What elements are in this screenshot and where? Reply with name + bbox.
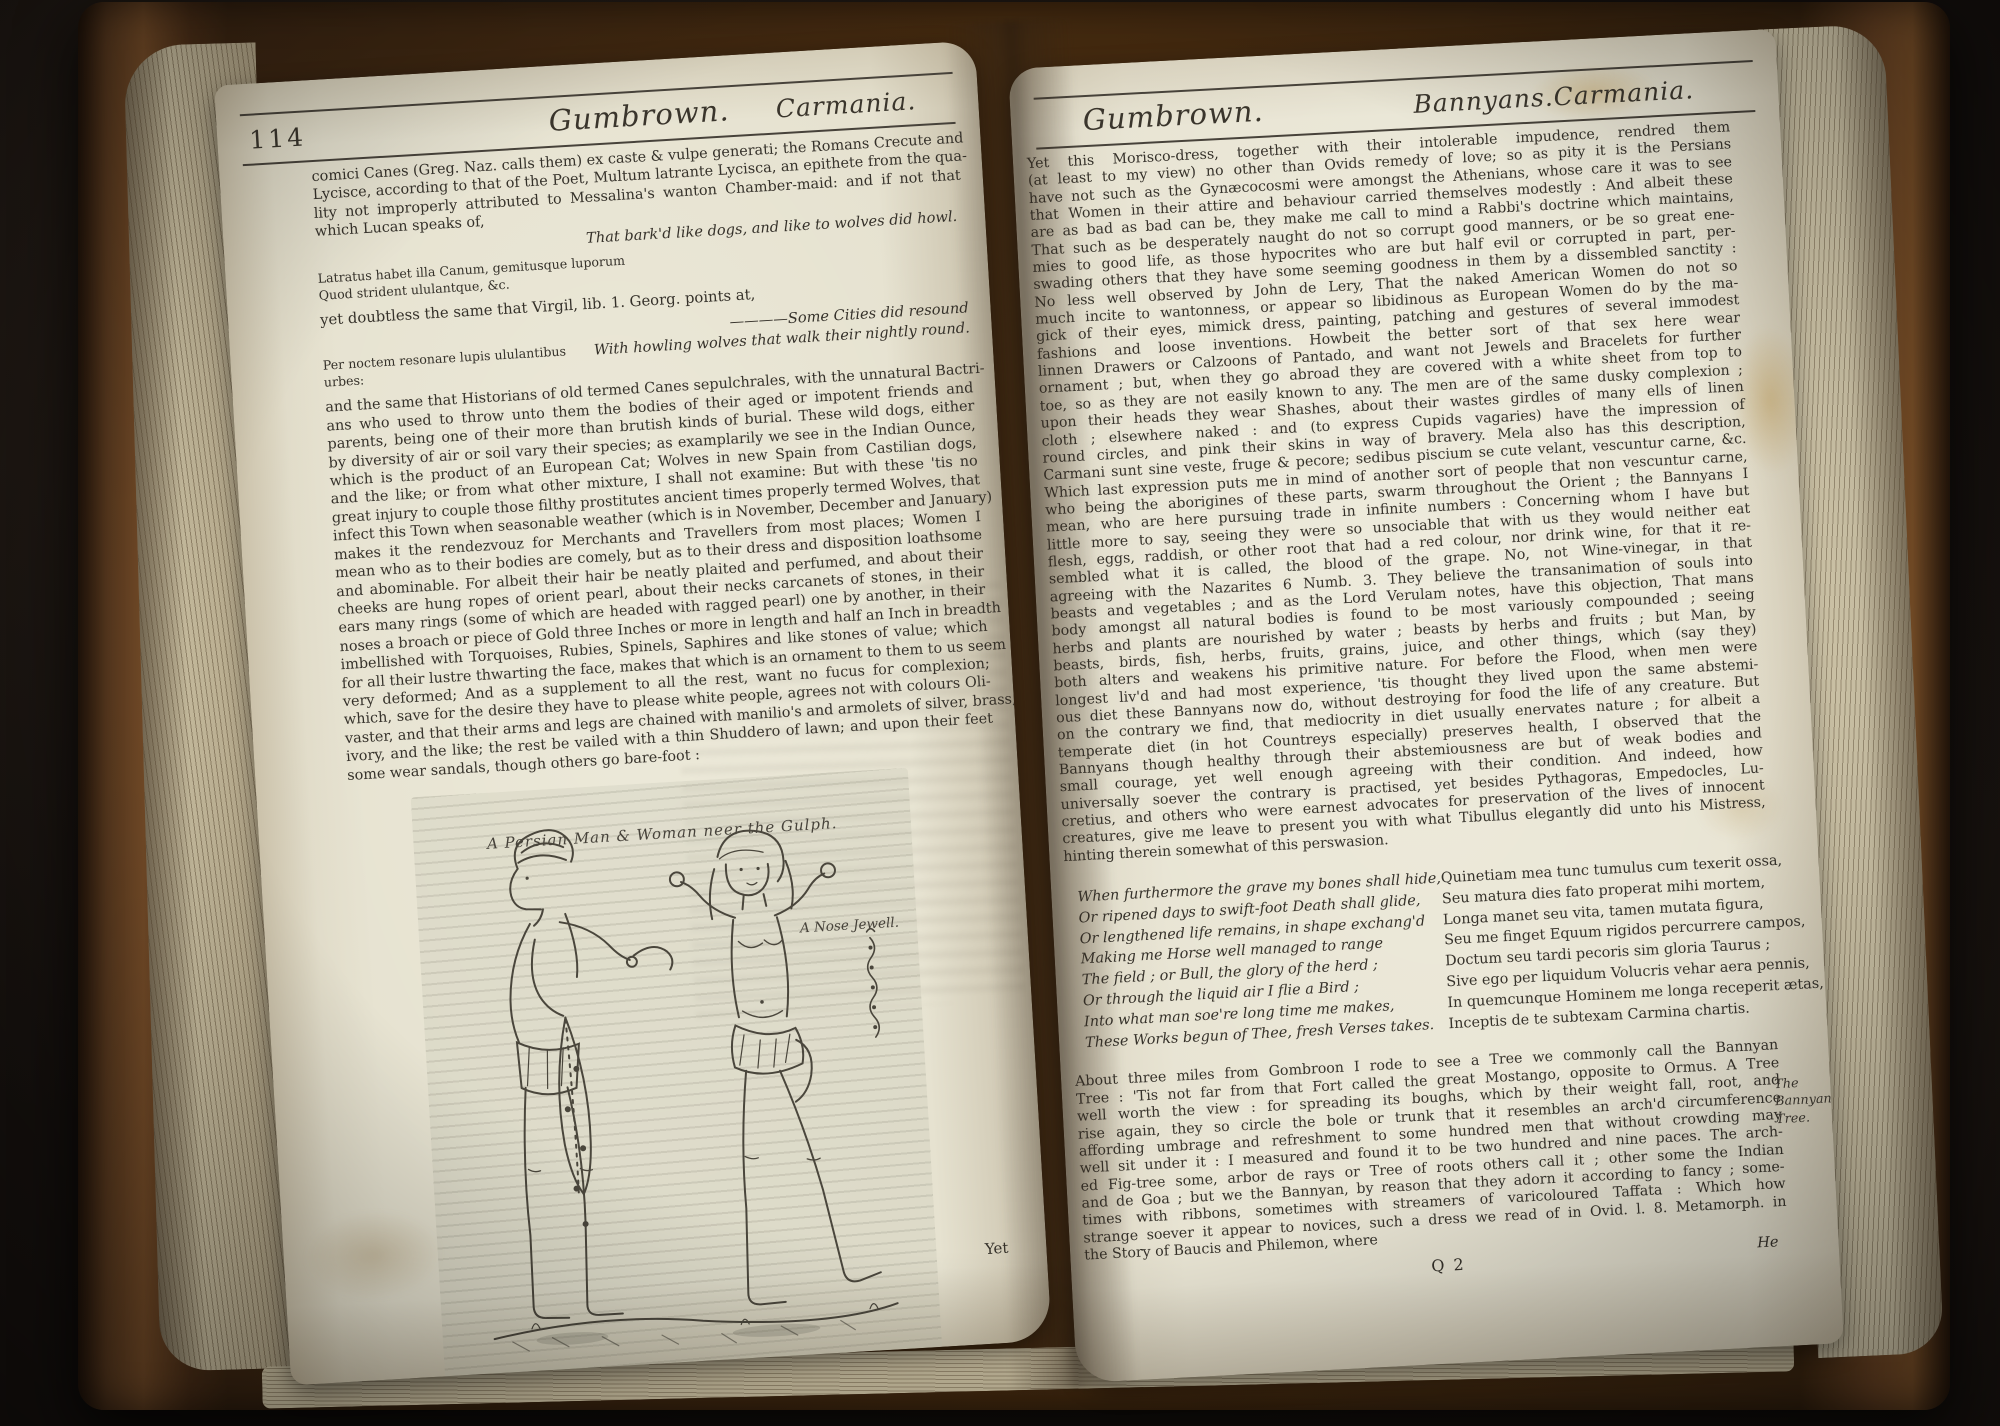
margin-note-bannyan-tree: TheBannyanTree.	[1774, 1074, 1829, 1129]
closing-paragraph-column: About three miles from Gombroon I rode t…	[1075, 1038, 1788, 1265]
persian-man-figure	[500, 823, 693, 1320]
nose-jewel-ornament	[865, 928, 880, 1037]
persian-man-woman-engraving: A Persian Man & Woman neer the Gulph. A …	[411, 768, 943, 1379]
right-body-paragraph: Yet this Morisco-dress, together with th…	[1027, 119, 1767, 866]
book-photo-scene: 114 Gumbrown. Carmania. comici Canes (Gr…	[0, 0, 2000, 1426]
left-page: 114 Gumbrown. Carmania. comici Canes (Gr…	[214, 41, 1052, 1386]
right-page-text-column: Yet this Morisco-dress, together with th…	[1027, 119, 1767, 866]
running-head-chapter: Bannyans.	[1413, 83, 1555, 119]
left-page-text-column: comici Canes (Greg. Naz. calls them) ex …	[311, 130, 995, 785]
margin-note-line: Tree.	[1776, 1108, 1829, 1128]
closing-paragraph: About three miles from Gombroon I rode t…	[1075, 1038, 1788, 1265]
paper-stain	[301, 1206, 446, 1304]
running-head-section: Carmania.	[775, 86, 917, 123]
signature-mark: Q 2	[1431, 1255, 1466, 1276]
engraving-illustration	[411, 768, 943, 1379]
running-head-section: Carmania.	[1553, 75, 1695, 111]
running-head-title: Gumbrown.	[1082, 94, 1264, 137]
ground-line	[494, 1302, 899, 1357]
right-page: Gumbrown. Bannyans. Carmania. 115 Yet th…	[1008, 29, 1844, 1383]
verse-english-column: When furthermore the grave my bones shal…	[1077, 869, 1449, 1054]
page-number: 114	[248, 119, 370, 155]
running-head-title: Gumbrown.	[548, 93, 731, 138]
verse-latin-column: Quinetiam mea tunc tumulus cum texerit o…	[1440, 849, 1825, 1035]
catchword: Yet	[984, 1239, 1009, 1258]
left-body-paragraph: and the same that Historians of old term…	[325, 361, 995, 785]
margin-note-line: Bannyan	[1775, 1091, 1828, 1111]
persian-woman-figure	[667, 824, 882, 1308]
catchword: He	[1757, 1235, 1779, 1252]
tibullus-verse-block: When furthermore the grave my bones shal…	[1077, 851, 1787, 1054]
